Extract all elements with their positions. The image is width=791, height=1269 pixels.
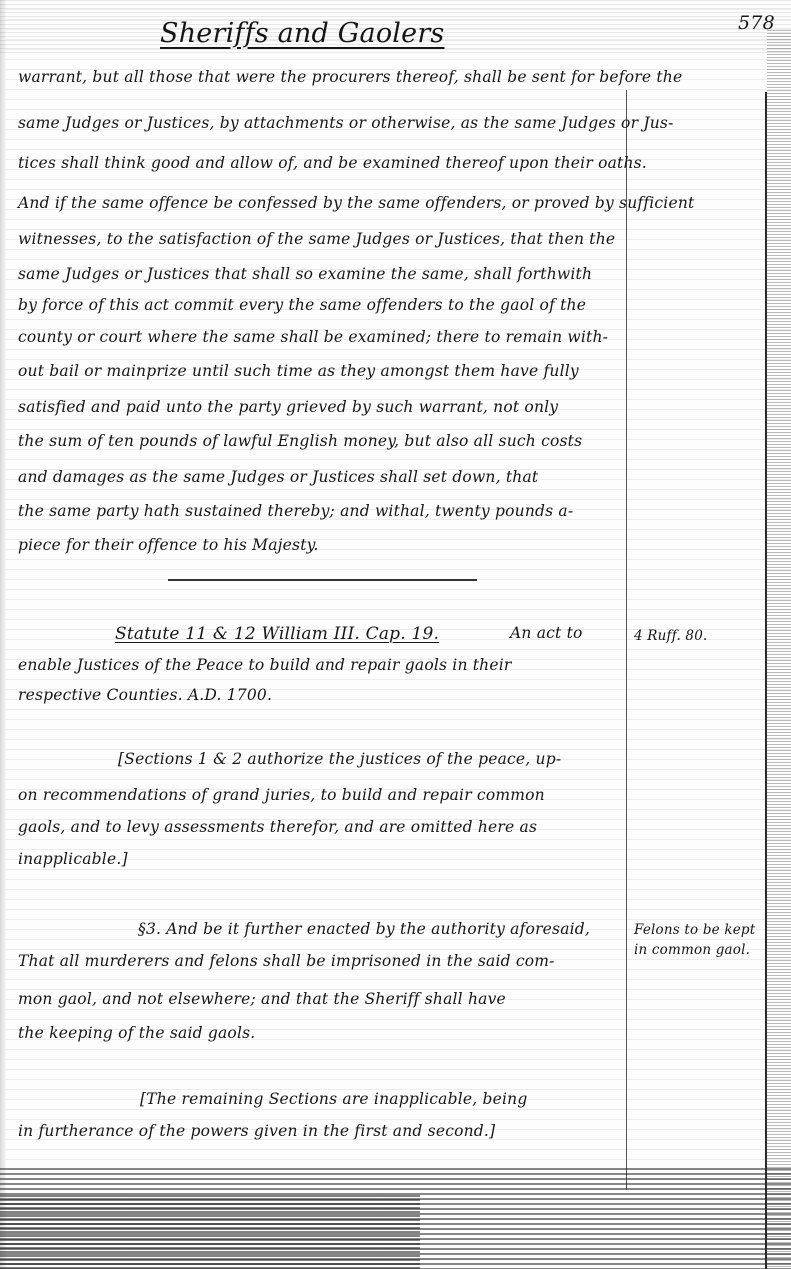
text-line: respective Counties. A.D. 1700. xyxy=(18,686,626,704)
text-line: tices shall think good and allow of, and… xyxy=(18,154,626,172)
right-edge-strip xyxy=(767,30,791,1269)
text-line: in furtherance of the powers given in th… xyxy=(18,1122,626,1140)
scan-edge xyxy=(0,0,6,1269)
right-rule xyxy=(765,92,767,1269)
text-line: [Sections 1 & 2 authorize the justices o… xyxy=(118,750,561,768)
text-line: §3. And be it further enacted by the aut… xyxy=(138,920,590,938)
text-line: the keeping of the said gaols. xyxy=(18,1024,626,1042)
text-line: [The remaining Sections are inapplicable… xyxy=(140,1090,527,1108)
text-line: out bail or mainprize until such time as… xyxy=(18,362,626,380)
text-line: same Judges or Justices that shall so ex… xyxy=(18,265,626,283)
text-line: warrant, but all those that were the pro… xyxy=(18,68,626,86)
text-line: by force of this act commit every the sa… xyxy=(18,296,626,314)
text-line: An act to xyxy=(510,624,583,642)
text-line: enable Justices of the Peace to build an… xyxy=(18,656,626,674)
text-line: same Judges or Justices, by attachments … xyxy=(18,114,626,132)
text-line: gaols, and to levy assessments therefor,… xyxy=(18,818,626,836)
text-line: county or court where the same shall be … xyxy=(18,328,626,346)
page-number: 578 xyxy=(738,12,775,34)
text-line: witnesses, to the satisfaction of the sa… xyxy=(18,230,626,248)
margin-rule xyxy=(626,90,627,1190)
margin-note-felons: in common gaol. xyxy=(634,942,750,958)
bleed-through-bottom-dark xyxy=(0,1195,420,1269)
statute-title: Statute 11 & 12 William III. Cap. 19. xyxy=(115,624,439,644)
page-heading: Sheriffs and Gaolers xyxy=(160,18,444,49)
manuscript-page: Sheriffs and Gaolers 578 warrant, but al… xyxy=(0,0,791,1269)
text-line: and damages as the same Judges or Justic… xyxy=(18,468,626,486)
text-line: And if the same offence be confessed by … xyxy=(18,194,626,212)
text-line: mon gaol, and not elsewhere; and that th… xyxy=(18,990,626,1008)
text-line: That all murderers and felons shall be i… xyxy=(18,952,626,970)
section-divider xyxy=(168,579,477,581)
margin-note-citation: 4 Ruff. 80. xyxy=(634,628,708,644)
text-line: the same party hath sustained thereby; a… xyxy=(18,502,626,520)
text-line: piece for their offence to his Majesty. xyxy=(18,536,626,554)
margin-note-felons: Felons to be kept xyxy=(634,922,755,938)
text-line: inapplicable.] xyxy=(18,850,626,868)
text-line: on recommendations of grand juries, to b… xyxy=(18,786,626,804)
text-line: satisfied and paid unto the party grieve… xyxy=(18,398,626,416)
text-line: the sum of ten pounds of lawful English … xyxy=(18,432,626,450)
